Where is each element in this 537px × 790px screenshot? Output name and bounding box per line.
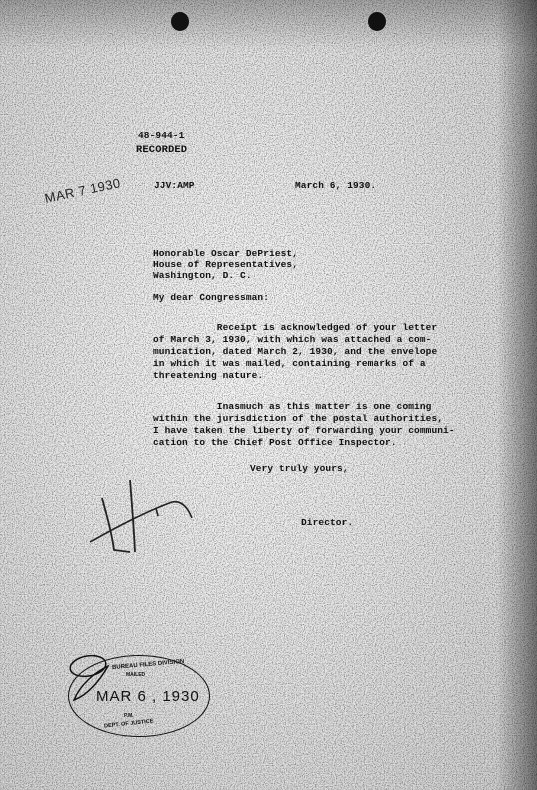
- scan-shadow-top: [0, 0, 537, 50]
- paragraph-line: I have taken the liberty of forwarding y…: [153, 425, 455, 437]
- paragraph-line: cation to the Chief Post Office Inspecto…: [153, 437, 397, 449]
- closing: Very truly yours,: [250, 463, 349, 475]
- paragraph-line: Receipt is acknowledged of your letter: [153, 322, 437, 334]
- salutation: My dear Congressman:: [153, 292, 269, 304]
- punch-hole-left: [171, 12, 189, 31]
- paragraph-line: threatening nature.: [153, 370, 263, 382]
- recipient-line-1: Honorable Oscar DePriest,: [153, 248, 298, 260]
- punch-hole-right: [368, 12, 386, 31]
- paragraph-line: within the jurisdiction of the postal au…: [153, 413, 443, 425]
- paragraph-line: munication, dated March 2, 1930, and the…: [153, 346, 437, 358]
- recipient-line-2: House of Representatives,: [153, 259, 298, 271]
- scan-shadow-right: [497, 0, 537, 790]
- letter-date: March 6, 1930.: [295, 180, 376, 192]
- paragraph-line: of March 3, 1930, with which was attache…: [153, 334, 431, 346]
- recorded-stamp: RECORDED: [136, 145, 187, 157]
- handwritten-signature: [80, 480, 220, 560]
- recipient-line-3: Washington, D. C.: [153, 270, 252, 282]
- stamp-time: P.M.: [124, 713, 134, 719]
- document-page: 48-944-1 RECORDED MAR 7 1930 JJV:AMP Mar…: [0, 0, 537, 790]
- stamp-date: MAR 6 , 1930: [96, 688, 200, 705]
- paragraph-line: in which it was mailed, containing remar…: [153, 358, 426, 370]
- stamp-sub-text: MAILED: [126, 672, 145, 678]
- signature-title: Director.: [301, 517, 353, 529]
- file-number: 48-944-1: [138, 130, 184, 142]
- typist-initials: JJV:AMP: [154, 180, 195, 192]
- paragraph-line: Inasmuch as this matter is one coming: [153, 401, 431, 413]
